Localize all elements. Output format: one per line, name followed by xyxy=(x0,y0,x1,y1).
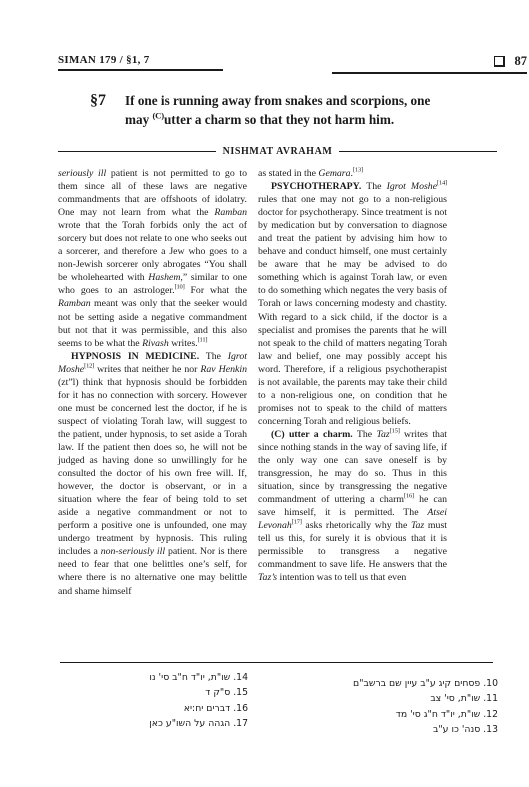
section-title-line-1: If one is running away from snakes and s… xyxy=(125,92,430,111)
book-page: SIMAN 179 / §1, 7 87 §7 If one is runnin… xyxy=(0,0,529,787)
right-column: as stated in the Gemara.[13] PSYCHOTHERA… xyxy=(258,167,447,585)
section-title: If one is running away from snakes and s… xyxy=(125,92,430,129)
section-title-line-2: may (C)utter a charm so that they not ha… xyxy=(125,111,430,130)
divider-line-left xyxy=(58,151,216,152)
paragraph-utter-a-charm: (C) utter a charm. The Taz[15] writes th… xyxy=(258,428,447,585)
footnote-item-17: 17. הגהה על השו"ע כאן xyxy=(58,716,248,731)
running-header: SIMAN 179 / §1, 7 xyxy=(58,54,223,71)
nishmat-avraham-divider: NISHMAT AVRAHAM xyxy=(58,145,497,158)
footnote-separator xyxy=(60,662,493,663)
divider-line-right xyxy=(339,151,497,152)
page-number: 87 xyxy=(515,54,528,69)
left-column: seriously ill patient is not permitted t… xyxy=(58,167,247,598)
divider-label: NISHMAT AVRAHAM xyxy=(216,146,340,157)
footnote-item-16: 16. דברים יח:יא xyxy=(58,701,248,716)
section-heading: §7 If one is running away from snakes an… xyxy=(90,92,490,129)
paragraph-psychotherapy: PSYCHOTHERAPY. The Igrot Moshe[14] rules… xyxy=(258,180,447,428)
siman-title: SIMAN 179 / §1, 7 xyxy=(58,54,150,66)
footnote-item-15: 15. ס"ק ד xyxy=(58,685,248,700)
footnote-item-12: 12. שו"ת, יו"ד ח"ג סי' מד xyxy=(258,707,498,722)
footnotes-left: 14. שו"ת, יו"ד ח"ב סי' נו 15. ס"ק ד 16. … xyxy=(58,670,248,732)
paragraph-seriously-ill: seriously ill patient is not permitted t… xyxy=(58,167,247,350)
footnote-item-11: 11. שו"ת, סי' צב xyxy=(258,691,498,706)
footnotes-right: 10. פסחים קיג ע"ב עיין שם ברשב"ם 11. שו"… xyxy=(258,676,498,738)
footnote-item-13: 13. סנה' כו ע"ב xyxy=(258,722,498,737)
paragraph-hypnosis-in-medicine: HYPNOSIS IN MEDICINE. The Igrot Moshe[12… xyxy=(58,350,247,598)
page-number-block: 87 xyxy=(332,54,527,74)
paragraph-gemara-continuation: as stated in the Gemara.[13] xyxy=(258,167,447,180)
footnote-item-14: 14. שו"ת, יו"ד ח"ב סי' נו xyxy=(58,670,248,685)
footnote-item-10: 10. פסחים קיג ע"ב עיין שם ברשב"ם xyxy=(258,676,498,691)
section-mark: §7 xyxy=(90,92,106,129)
page-marker-icon xyxy=(494,56,505,67)
